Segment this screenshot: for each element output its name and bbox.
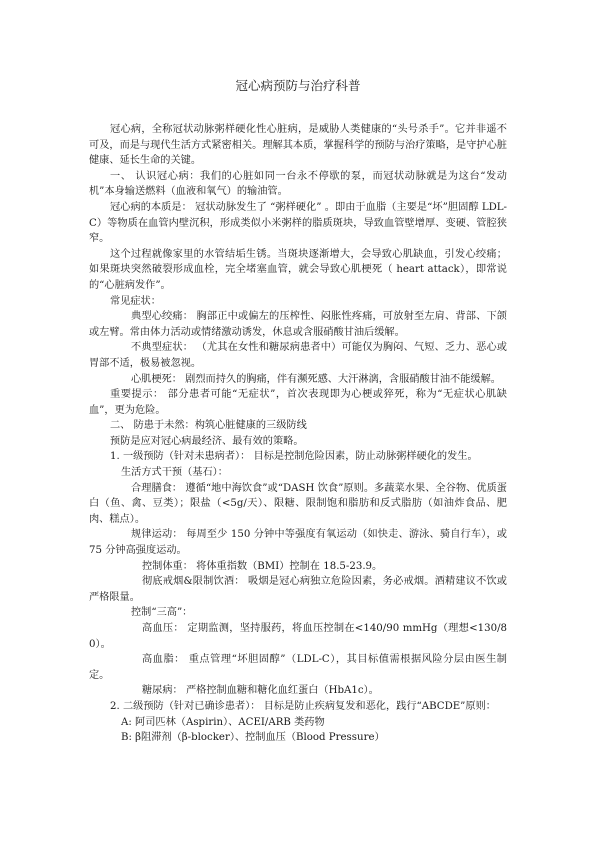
hyperlipidemia-item: 高血脂： 重点管理“坏胆固醇”（LDL-C），其目标值需根据风险分层由医生制定。 <box>89 652 507 683</box>
abcde-item-b: B: β阻滞剂（β-blocker）、控制血压（Blood Pressure） <box>89 730 507 746</box>
section-1-heading: 一、 认识冠心病：我们的心脏如同一台永不停歇的泵，而冠状动脉就是为这台“发动机”… <box>89 169 507 200</box>
smoking-alcohol-item: 彻底戒烟&限制饮酒： 吸烟是冠心病独立危险因素，务必戒烟。酒精建议不饮或严格限量… <box>89 574 507 605</box>
diabetes-item: 糖尿病： 严格控制血糖和糖化血红蛋白（HbA1c）。 <box>89 683 507 699</box>
abcde-item-a: A: 阿司匹林（Aspirin）、ACEI/ARB 类药物 <box>89 715 507 731</box>
weight-item: 控制体重： 将体重指数（BMI）控制在 18.5-23.9。 <box>89 559 507 575</box>
three-highs-heading: 控制“三高”： <box>89 605 507 621</box>
lifestyle-heading: 生活方式干预（基石）： <box>89 465 507 481</box>
document-body: 冠心病，全称冠状动脉粥样硬化性心脏病，是威胁人类健康的“头号杀手”。它并非遥不可… <box>89 122 507 746</box>
analogy-paragraph: 这个过程就像家里的水管结垢生锈。当斑块逐渐增大，会导致心肌缺血，引发心绞痛；如果… <box>89 247 507 294</box>
symptom-mi: 心肌梗死： 剧烈而持久的胸痛，伴有濒死感、大汗淋漓，含服硝酸甘油不能缓解。 <box>89 372 507 388</box>
document-title: 冠心病预防与治疗科普 <box>89 78 507 94</box>
symptom-typical-angina: 典型心绞痛： 胸部正中或偏左的压榨性、闷胀性疼痛，可放射至左肩、背部、下颌或左臂… <box>89 309 507 340</box>
essence-paragraph: 冠心病的本质是： 冠状动脉发生了 “粥样硬化” 。即由于血脂（主要是“坏”胆固醇… <box>89 200 507 247</box>
exercise-item: 规律运动： 每周至少 150 分钟中等强度有氧运动（如快走、游泳、骑自行车），或… <box>89 527 507 558</box>
symptom-atypical: 不典型症状： （尤其在女性和糖尿病患者中）可能仅为胸闷、气短、乏力、恶心或胃部不… <box>89 340 507 371</box>
primary-prevention: 1. 一级预防（针对未患病者）： 目标是控制危险因素，防止动脉粥样硬化的发生。 <box>89 449 507 465</box>
hypertension-item: 高血压： 定期监测，坚持服药，将血压控制在<140/90 mmHg（理想<130… <box>89 621 507 652</box>
diet-item: 合理膳食： 遵循“地中海饮食”或“DASH 饮食”原则。多蔬菜水果、全谷物、优质… <box>89 481 507 528</box>
section-2-heading: 二、 防患于未然：构筑心脏健康的三级防线 <box>89 418 507 434</box>
secondary-prevention: 2. 二级预防（针对已确诊患者）： 目标是防止疾病复发和恶化，践行“ABCDE”… <box>89 699 507 715</box>
important-note: 重要提示： 部分患者可能“无症状”，首次表现即为心梗或猝死，称为“无症状心肌缺血… <box>89 387 507 418</box>
symptoms-heading: 常见症状： <box>89 294 507 310</box>
prevention-intro: 预防是应对冠心病最经济、最有效的策略。 <box>89 434 507 450</box>
intro-paragraph: 冠心病，全称冠状动脉粥样硬化性心脏病，是威胁人类健康的“头号杀手”。它并非遥不可… <box>89 122 507 169</box>
